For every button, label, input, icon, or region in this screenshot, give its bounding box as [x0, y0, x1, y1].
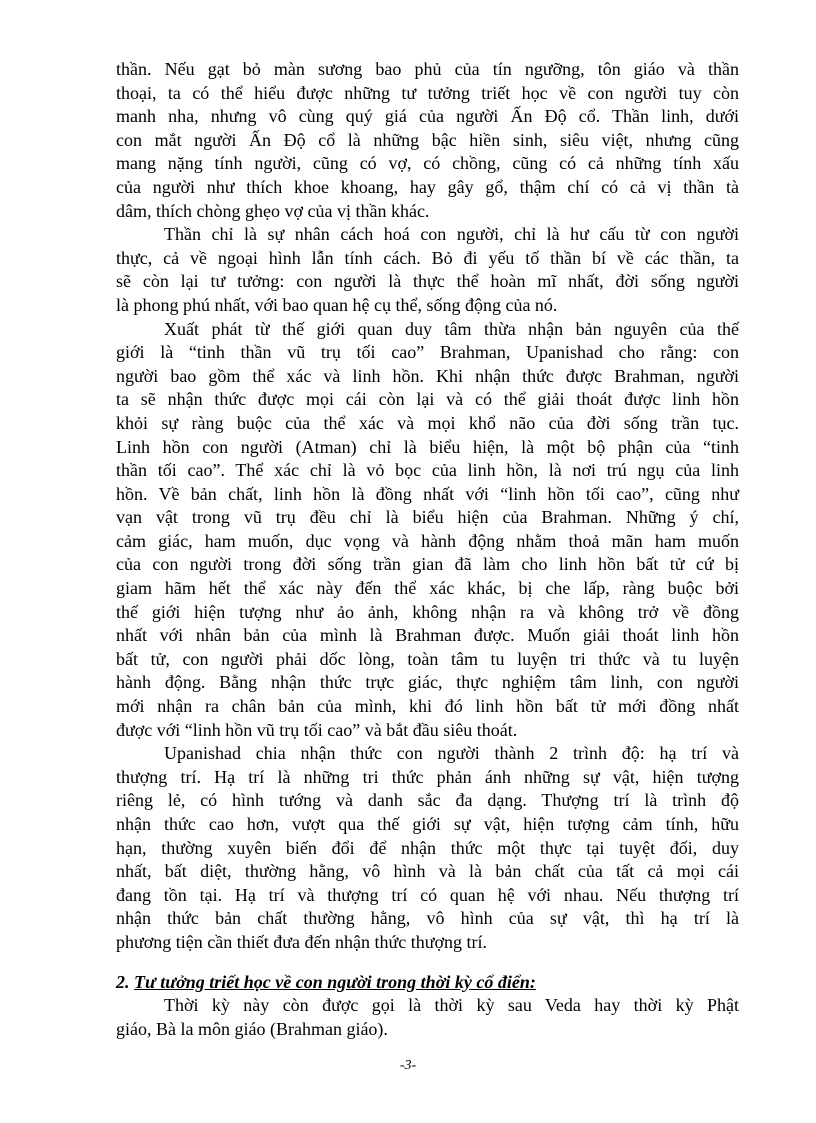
text-line: của con người trong đời sống trần gian đ…: [116, 553, 739, 577]
text-line: người bao gồm thể xác và linh hồn. Khi n…: [116, 365, 739, 389]
paragraph: thần. Nếu gạt bỏ màn sương bao phủ của t…: [116, 58, 739, 223]
text-line: sẽ còn lại tư tưởng: con người là thực t…: [116, 270, 739, 294]
final-paragraph: Thời kỳ này còn được gọi là thời kỳ sau …: [116, 994, 739, 1041]
text-line: giới là “tinh thần vũ trụ tối cao” Brahm…: [116, 341, 739, 365]
body-text: thần. Nếu gạt bỏ màn sương bao phủ của t…: [116, 58, 739, 955]
text-line: Upanishad chia nhận thức con người thành…: [116, 742, 739, 766]
text-line: nhất với nhân bản của mình là Brahman đư…: [116, 624, 739, 648]
section-title: Tư tưởng triết học về con người trong th…: [134, 972, 536, 992]
text-line: hành động. Bằng nhận thức trực giác, thự…: [116, 671, 739, 695]
text-line: nhận thức bản chất thường hằng, vô hình …: [116, 907, 739, 931]
text-line: vạn vật trong vũ trụ đều chỉ là biểu hiệ…: [116, 506, 739, 530]
paragraph: Upanishad chia nhận thức con người thành…: [116, 742, 739, 954]
text-line: mới nhận ra chân bản của mình, khi đó li…: [116, 695, 739, 719]
text-line: thần tối cao”. Thể xác chỉ là vỏ bọc của…: [116, 459, 739, 483]
paragraph: Xuất phát từ thế giới quan duy tâm thừa …: [116, 318, 739, 743]
text-line: nhất, bất diệt, thường hằng, vô hình và …: [116, 860, 739, 884]
page-number: -3-: [0, 1058, 816, 1074]
paragraph: Thời kỳ này còn được gọi là thời kỳ sau …: [116, 994, 739, 1041]
text-line: được với “linh hồn vũ trụ tối cao” và bắ…: [116, 719, 739, 743]
text-line: manh nha, nhưng vô cùng quý giá của ngườ…: [116, 105, 739, 129]
text-line: dâm, thích chòng ghẹo vợ của vị thần khá…: [116, 200, 739, 224]
text-line: của người như thích khoe khoang, hay gây…: [116, 176, 739, 200]
text-line: riêng lẻ, có hình tướng và danh sắc đa d…: [116, 789, 739, 813]
text-line: thế giới hiện tượng như ảo ảnh, không nh…: [116, 601, 739, 625]
text-line: là phong phú nhất, với bao quan hệ cụ th…: [116, 294, 739, 318]
text-line: ta sẽ nhận thức được mọi cái còn lại và …: [116, 388, 739, 412]
text-line: hạn, thường xuyên biến đổi để nhận thức …: [116, 837, 739, 861]
text-line: mang nặng tính người, cũng có vợ, có chồ…: [116, 152, 739, 176]
section-number: 2.: [116, 972, 130, 992]
text-line: bất tử, con người phải dốc lòng, toàn tâ…: [116, 648, 739, 672]
text-line: thoại, ta có thể hiểu được những tư tưởn…: [116, 82, 739, 106]
text-line: thượng trí. Hạ trí là những tri thức phả…: [116, 766, 739, 790]
text-line: giam hãm hết thể xác này đến thể xác khá…: [116, 577, 739, 601]
section-heading: 2. Tư tưởng triết học về con người trong…: [116, 971, 739, 995]
text-line: Linh hồn con người (Atman) chỉ là biểu h…: [116, 436, 739, 460]
text-line: đang tồn tại. Hạ trí và thượng trí có qu…: [116, 884, 739, 908]
document-page: thần. Nếu gạt bỏ màn sương bao phủ của t…: [116, 58, 739, 1041]
paragraph: Thần chỉ là sự nhân cách hoá con người, …: [116, 223, 739, 317]
text-line: phương tiện cần thiết đưa đến nhận thức …: [116, 931, 739, 955]
text-line: con mắt người Ấn Độ cổ là những bậc hiền…: [116, 129, 739, 153]
text-line: cảm giác, ham muốn, dục vọng và hành độn…: [116, 530, 739, 554]
text-line: Thời kỳ này còn được gọi là thời kỳ sau …: [116, 994, 739, 1018]
text-line: thực, cả về ngoại hình lẫn tính cách. Bỏ…: [116, 247, 739, 271]
text-line: giáo, Bà la môn giáo (Brahman giáo).: [116, 1018, 739, 1042]
text-line: Xuất phát từ thế giới quan duy tâm thừa …: [116, 318, 739, 342]
text-line: thần. Nếu gạt bỏ màn sương bao phủ của t…: [116, 58, 739, 82]
text-line: Thần chỉ là sự nhân cách hoá con người, …: [116, 223, 739, 247]
text-line: khỏi sự ràng buộc của thể xác và mọi khổ…: [116, 412, 739, 436]
text-line: hồn. Về bản chất, linh hồn là đồng nhất …: [116, 483, 739, 507]
text-line: nhận thức cao hơn, vượt qua thế giới sự …: [116, 813, 739, 837]
